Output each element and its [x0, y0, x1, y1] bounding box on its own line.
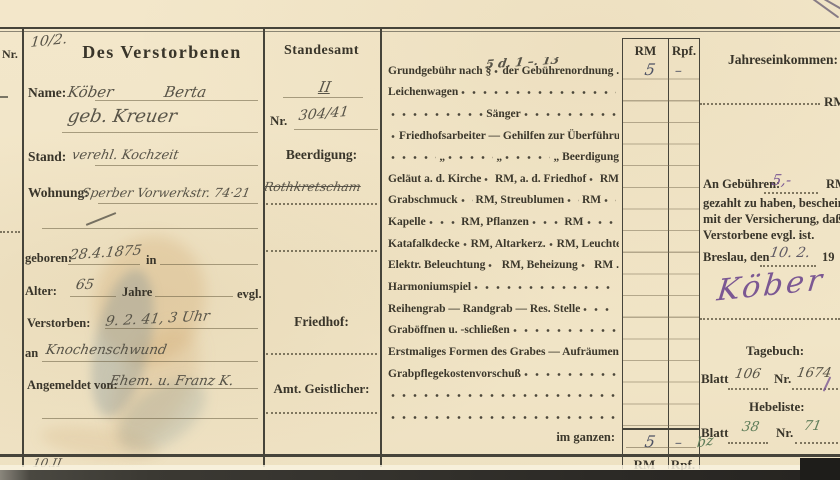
- fee-row: GrabschmuckRM, StreublumenRM: [388, 187, 619, 209]
- handwritten-burial-place: Rothkretscham: [263, 179, 362, 194]
- dotted-line: [700, 318, 840, 320]
- rm-header: RM: [623, 43, 668, 59]
- handwritten-registrant: Ehem. u. Franz K.: [109, 373, 235, 389]
- dot-leader: [391, 416, 616, 419]
- fee-row: Geläut a. d. KircheRM, a. d. FriedhofRM: [388, 165, 619, 187]
- handwritten-fee-amount: 5,-: [770, 171, 793, 189]
- fee-label: „ Beerdigung: [553, 151, 619, 165]
- an-label: an: [25, 346, 38, 361]
- gebuehren-rm: RM: [826, 177, 840, 192]
- writing-line: [294, 129, 378, 130]
- handwritten-age: 65: [75, 277, 96, 293]
- dot-leader: [391, 135, 396, 138]
- margin-dotted-mark: [0, 231, 20, 233]
- writing-line: [95, 165, 258, 166]
- in-label: in: [146, 253, 156, 268]
- fee-label: Sänger: [486, 108, 521, 122]
- fee-row: KapelleRM, PflanzenRM: [388, 208, 619, 230]
- fee-label: Grabpflegekostenvorschuß: [388, 368, 521, 382]
- handwritten-register-nr: 304/41: [298, 104, 350, 124]
- dot-leader: [581, 264, 591, 267]
- writing-line: [42, 418, 258, 419]
- fee-label: Grabschmuck: [388, 194, 458, 208]
- dotted-line: [795, 442, 838, 444]
- tagebuch-blatt-label: Blatt: [701, 371, 728, 387]
- fee-label: RM: [582, 194, 601, 208]
- fee-row: Sänger: [388, 100, 619, 122]
- fee-label: Erstmaliges Formen des Grabes — Aufräume…: [388, 346, 619, 360]
- handwritten-stand: verehl. Kochzeit: [71, 148, 180, 163]
- handwritten-date: 10. 2.: [769, 245, 812, 261]
- dot-leader: [463, 243, 468, 246]
- amount-grid-lines: [623, 58, 699, 429]
- dot-leader: [532, 221, 561, 224]
- writing-line: [105, 328, 258, 329]
- handwritten-check-mark: bz: [696, 433, 714, 452]
- fee-label: Friedhofsarbeiter — Gehilfen zur Überfüh…: [399, 130, 619, 144]
- dot-leader: [513, 329, 616, 332]
- dot-leader: [583, 308, 616, 311]
- fee-label: RM, Altarkerz.: [471, 238, 546, 252]
- handwritten-birthdate: 28.4.1875: [68, 243, 142, 264]
- dot-leader: [448, 156, 493, 159]
- fee-label: RM .: [594, 259, 619, 273]
- writing-line: [283, 97, 363, 98]
- dot-leader: [604, 199, 616, 202]
- fee-row: Leichenwagen: [388, 79, 619, 101]
- dotted-line: [266, 353, 377, 355]
- alter-label: Alter:: [25, 284, 57, 299]
- fee-label: Geläut a. d. Kirche: [388, 173, 481, 187]
- dot-leader: [524, 113, 616, 116]
- dot-leader: [524, 373, 616, 376]
- fee-list: Grundgebühr nach §der Gebührenordnung .5…: [388, 57, 619, 447]
- dotted-line: [700, 103, 820, 105]
- handwritten-signature: Köber: [715, 263, 826, 309]
- fee-label: RM: [564, 216, 583, 230]
- amount-column: RM Rpf. 5 – 5 –: [622, 38, 700, 469]
- writing-line: [70, 296, 116, 297]
- dot-leader: [391, 394, 616, 397]
- dotted-line: [728, 388, 768, 390]
- photo-edge-corner: [800, 458, 840, 480]
- dotted-line: [728, 442, 768, 444]
- gebuehren-line4: Verstorbene evgl. ist.: [703, 228, 814, 243]
- fee-row: Erstmaliges Formen des Grabes — Aufräume…: [388, 338, 619, 360]
- fee-label: RM, Streublumen: [476, 194, 565, 208]
- dotted-line: [792, 388, 838, 390]
- dot-leader: [589, 178, 597, 181]
- dot-leader: [484, 178, 492, 181]
- tagebuch-label: Tagebuch:: [746, 343, 804, 359]
- fee-row: Graböffnen u. -schließen: [388, 317, 619, 339]
- dotted-line: [266, 250, 377, 252]
- fee-row: im ganzen:: [388, 425, 619, 447]
- hebeliste-nr-label: Nr.: [776, 425, 793, 441]
- fee-row: Friedhofsarbeiter — Gehilfen zur Überfüh…: [388, 122, 619, 144]
- corner-scribble: [809, 0, 839, 18]
- writing-line: [68, 264, 140, 265]
- handwritten-total-rpf: –: [674, 435, 684, 451]
- table-bottom-border: [0, 454, 840, 457]
- table-top-border-echo: [0, 31, 840, 32]
- writing-line: [42, 228, 258, 229]
- evgl-label: evgl.: [237, 287, 262, 302]
- fee-row: [388, 382, 619, 404]
- section-title: Des Verstorbenen: [62, 42, 262, 63]
- fee-row: Reihengrab — Randgrab — Res. Stelle: [388, 295, 619, 317]
- ort-datum-label: Breslau, den: [703, 250, 769, 265]
- fee-row: „„„ Beerdigung: [388, 144, 619, 166]
- handwritten-tagebuch-blatt: 106: [734, 366, 763, 382]
- fee-row: KatafalkdeckeRM, Altarkerz.RM, LeuchterR…: [388, 230, 619, 252]
- handwritten-name: Köber Berta: [66, 83, 207, 101]
- jahre-label: Jahre: [122, 285, 152, 300]
- wohnung-label: Wohnung:: [28, 185, 89, 201]
- fee-label: Reihengrab — Randgrab — Res. Stelle: [388, 303, 580, 317]
- stroke-mark: [86, 212, 116, 226]
- fee-label: „: [496, 151, 502, 165]
- fee-label: RM, Beheizung: [502, 259, 578, 273]
- rpf-header: Rpf.: [669, 43, 699, 59]
- scanned-death-register-card: Nr. 10.II 10/2. Des Verstorbenen Name: K…: [0, 0, 840, 480]
- dot-leader: [567, 199, 579, 202]
- handwritten-hebeliste-blatt: 38: [741, 419, 761, 435]
- geboren-label: geboren:: [25, 251, 72, 266]
- dot-leader: [461, 199, 473, 202]
- dot-leader: [391, 156, 436, 159]
- fee-label: RM: [600, 173, 619, 187]
- fee-label: Kapelle: [388, 216, 426, 230]
- dot-leader: [391, 113, 483, 116]
- fee-label: Elektr. Beleuchtung: [388, 259, 485, 273]
- column-line: [263, 29, 265, 467]
- column-line: [22, 28, 24, 467]
- register-nr-label: Nr.: [270, 113, 287, 129]
- fee-row: Elektr. BeleuchtungRM, BeheizungRM .: [388, 252, 619, 274]
- beerdigung-label: Beerdigung:: [265, 147, 378, 163]
- handwritten-death-date: 9. 2. 41, 3 Uhr: [104, 308, 211, 329]
- fee-label: im ganzen:: [556, 430, 615, 447]
- hebeliste-label: Hebeliste:: [749, 399, 805, 415]
- fee-label: Harmoniumspiel: [388, 281, 471, 295]
- photo-edge-band: [0, 470, 840, 480]
- stand-label: Stand:: [28, 149, 66, 165]
- gebuehren-intro: An Gebühren:: [703, 177, 780, 192]
- total-underline: [626, 447, 696, 448]
- gebuehren-line3: mit der Versicherung, daß die: [703, 212, 840, 227]
- margin-nr-label: Nr.: [2, 47, 18, 62]
- fee-label: Graböffnen u. -schließen: [388, 324, 510, 338]
- dotted-line: [764, 192, 818, 194]
- fee-label: RM, Pflanzen: [461, 216, 529, 230]
- fee-label: Grundgebühr nach §: [388, 65, 491, 79]
- dot-leader: [488, 264, 498, 267]
- dot-leader: [461, 91, 616, 94]
- handwritten-hebeliste-nr: 71: [803, 418, 823, 434]
- handwritten-total-rm: 5: [643, 432, 657, 451]
- dot-leader: [587, 221, 616, 224]
- fee-row: Grundgebühr nach §der Gebührenordnung .5…: [388, 57, 619, 79]
- table-top-border: [0, 27, 840, 29]
- fee-row: Grabpflegekostenvorschuß: [388, 360, 619, 382]
- writing-line: [160, 264, 258, 265]
- writing-line: [42, 361, 258, 362]
- dot-leader: [474, 286, 616, 289]
- fee-label: Katafalkdecke: [388, 238, 460, 252]
- verstorben-label: Verstorben:: [27, 316, 90, 331]
- dot-leader: [505, 156, 550, 159]
- geistlicher-label: Amt. Geistlicher:: [265, 381, 378, 397]
- writing-line: [98, 203, 258, 204]
- handwritten-maiden-name: geb. Kreuer: [66, 106, 178, 127]
- fee-label: RM, a. d. Friedhof: [495, 173, 586, 187]
- handwritten-address: Sperber Vorwerkstr. 74·21: [81, 185, 252, 200]
- fee-row: Harmoniumspiel: [388, 273, 619, 295]
- standesamt-title: Standesamt: [265, 43, 378, 59]
- angemeldet-label: Angemeldet von:: [27, 378, 118, 393]
- dot-leader: [549, 243, 554, 246]
- dot-leader: [429, 221, 458, 224]
- writing-line: [105, 388, 258, 389]
- writing-line: [155, 296, 233, 297]
- jahreseinkommen-rm: RM: [824, 94, 840, 110]
- handwritten-standesamt-nr: II: [317, 78, 332, 96]
- dotted-line: [266, 203, 377, 205]
- fee-label: „: [439, 151, 445, 165]
- jahreseinkommen-label: Jahreseinkommen:: [728, 52, 838, 68]
- margin-dash: [0, 96, 8, 98]
- fee-label: RM, Leuchter: [557, 238, 619, 252]
- gebuehren-line2: gezahlt zu haben, bescheinigt: [703, 196, 840, 211]
- column-line: [380, 29, 382, 467]
- fee-label: Leichenwagen: [388, 86, 458, 100]
- name-label: Name:: [28, 85, 66, 101]
- dotted-line: [266, 412, 377, 414]
- fee-row: [388, 403, 619, 425]
- total-separator: [623, 428, 699, 430]
- tagebuch-nr-label: Nr.: [774, 371, 791, 387]
- friedhof-label: Friedhof:: [265, 314, 378, 330]
- writing-line: [95, 100, 258, 101]
- writing-line: [62, 132, 258, 133]
- handwritten-cause: Knochenschwund: [45, 342, 168, 358]
